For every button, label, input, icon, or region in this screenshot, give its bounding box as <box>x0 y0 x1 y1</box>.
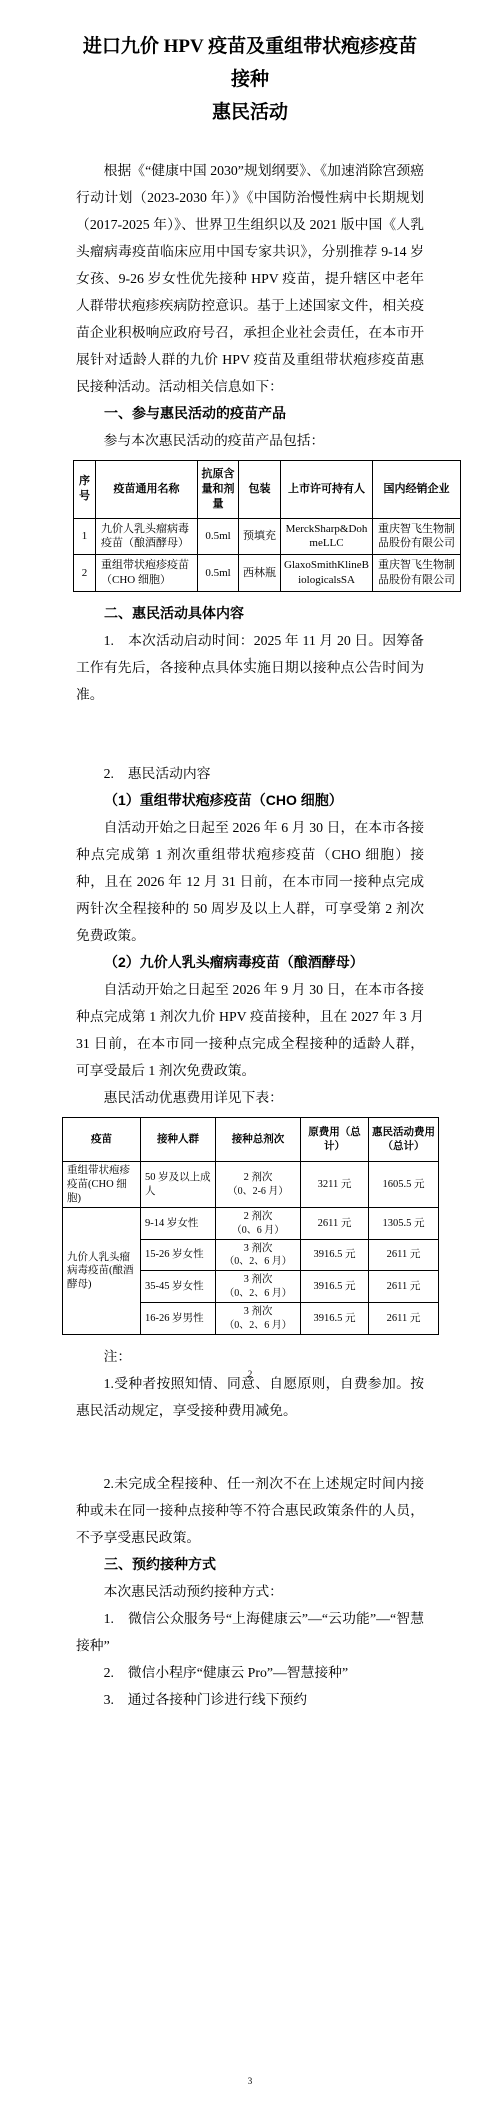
cell-vaccine-name: 重组带状疱疹疫苗（CHO 细胞） <box>96 555 198 592</box>
cell-original-fee: 3211 元 <box>301 1162 369 1208</box>
cell-no: 1 <box>74 518 96 555</box>
cell-vaccine-name: 九价人乳头瘤病毒疫苗（酿酒酵母） <box>96 518 198 555</box>
cell-benefit-fee: 2611 元 <box>369 1239 439 1271</box>
cell-original-fee: 3916.5 元 <box>301 1303 369 1335</box>
doses-count: 3 剂次 <box>218 1305 298 1319</box>
table-row: 重组带状疱疹疫苗(CHO 细胞) 50 岁及以上成人 2 剂次 （0、2-6 月… <box>63 1162 439 1208</box>
note-item-2: 2.未完成全程接种、任一剂次不在上述规定时间内接种或未在同一接种点接种等不符合惠… <box>76 1470 424 1551</box>
doses-count: 3 剂次 <box>218 1242 298 1256</box>
cell-no: 2 <box>74 555 96 592</box>
document-page-2: 2. 惠民活动内容 （1）重组带状疱疹疫苗（CHO 细胞） 自活动开始之日起至 … <box>0 710 500 1422</box>
cell-benefit-fee: 1605.5 元 <box>369 1162 439 1208</box>
doses-count: 2 剂次 <box>218 1210 298 1224</box>
cell-original-fee: 3916.5 元 <box>301 1271 369 1303</box>
cell-distributor: 重庆智飞生物制品股份有限公司 <box>373 518 461 555</box>
table-row: 1 九价人乳头瘤病毒疫苗（酿酒酵母） 0.5ml 预填充 MerckSharp&… <box>74 518 461 555</box>
col-header-name: 疫苗通用名称 <box>96 461 198 519</box>
section-3-item-3: 3. 通过各接种门诊进行线下预约 <box>76 1686 424 1713</box>
vaccine-products-table: 序号 疫苗通用名称 抗原含量和剂量 包装 上市许可持有人 国内经销企业 1 九价… <box>73 460 461 592</box>
cell-doses: 2 剂次 （0、6 月） <box>216 1208 301 1240</box>
cell-group: 15-26 岁女性 <box>141 1239 216 1271</box>
doses-schedule: （0、2、6 月） <box>218 1255 298 1268</box>
section-3-lead: 本次惠民活动预约接种方式： <box>76 1578 424 1605</box>
doses-schedule: （0、6 月） <box>218 1224 298 1237</box>
cell-vaccine: 重组带状疱疹疫苗(CHO 细胞) <box>63 1162 141 1208</box>
fee-table-header-row: 疫苗 接种人群 接种总剂次 原费用（总计） 惠民活动费用（总计） <box>63 1118 439 1162</box>
doses-schedule: （0、2、6 月） <box>218 1287 298 1300</box>
page-title: 进口九价 HPV 疫苗及重组带状疱疹疫苗接种 惠民活动 <box>76 30 424 129</box>
doses-schedule: （0、2-6 月） <box>218 1185 298 1198</box>
page-number-2: 2 <box>0 1368 500 1380</box>
col-header-distributor: 国内经销企业 <box>373 461 461 519</box>
title-line-2: 惠民活动 <box>76 96 424 129</box>
cell-benefit-fee: 2611 元 <box>369 1271 439 1303</box>
section-2-item-2-heading: 2. 惠民活动内容 <box>76 760 424 787</box>
page-number-3: 3 <box>0 2075 500 2087</box>
sub-item-2-heading: （2）九价人乳头瘤病毒疫苗（酿酒酵母） <box>76 949 424 976</box>
cell-distributor: 重庆智飞生物制品股份有限公司 <box>373 555 461 592</box>
notes-label: 注： <box>76 1343 424 1370</box>
cell-pack: 预填充 <box>239 518 281 555</box>
cell-doses: 2 剂次 （0、2-6 月） <box>216 1162 301 1208</box>
cell-dose: 0.5ml <box>198 555 239 592</box>
col-header-pack: 包装 <box>239 461 281 519</box>
sub-item-1-text: 自活动开始之日起至 2026 年 6 月 30 日，在本市各接种点完成第 1 剂… <box>76 814 424 949</box>
sub-item-2-text: 自活动开始之日起至 2026 年 9 月 30 日，在本市各接种点完成第 1 剂… <box>76 976 424 1084</box>
document-page-1: 进口九价 HPV 疫苗及重组带状疱疹疫苗接种 惠民活动 根据《“健康中国 203… <box>0 0 500 710</box>
fee-table: 疫苗 接种人群 接种总剂次 原费用（总计） 惠民活动费用（总计） 重组带状疱疹疫… <box>62 1117 439 1335</box>
fee-table-lead: 惠民活动优惠费用详见下表： <box>76 1084 424 1111</box>
cell-group: 16-26 岁男性 <box>141 1303 216 1335</box>
col-header-total-doses: 接种总剂次 <box>216 1118 301 1162</box>
cell-group: 35-45 岁女性 <box>141 1271 216 1303</box>
doses-count: 2 剂次 <box>218 1171 298 1185</box>
cell-benefit-fee: 2611 元 <box>369 1303 439 1335</box>
col-header-vaccine: 疫苗 <box>63 1118 141 1162</box>
cell-dose: 0.5ml <box>198 518 239 555</box>
cell-group: 50 岁及以上成人 <box>141 1162 216 1208</box>
cell-vaccine: 九价人乳头瘤病毒疫苗(酿酒酵母) <box>63 1208 141 1335</box>
cell-original-fee: 2611 元 <box>301 1208 369 1240</box>
cell-original-fee: 3916.5 元 <box>301 1239 369 1271</box>
col-header-dose: 抗原含量和剂量 <box>198 461 239 519</box>
cell-holder: GlaxoSmithKlineBiologicalsSA <box>281 555 373 592</box>
cell-holder: MerckSharp&DohmeLLC <box>281 518 373 555</box>
doses-count: 3 剂次 <box>218 1273 298 1287</box>
cell-doses: 3 剂次 （0、2、6 月） <box>216 1239 301 1271</box>
sub-item-1-heading: （1）重组带状疱疹疫苗（CHO 细胞） <box>76 787 424 814</box>
cell-benefit-fee: 1305.5 元 <box>369 1208 439 1240</box>
section-3-heading: 三、预约接种方式 <box>76 1551 424 1578</box>
page-number-1: 1 <box>0 655 500 667</box>
col-header-holder: 上市许可持有人 <box>281 461 373 519</box>
table-header-row: 序号 疫苗通用名称 抗原含量和剂量 包装 上市许可持有人 国内经销企业 <box>74 461 461 519</box>
document: 进口九价 HPV 疫苗及重组带状疱疹疫苗接种 惠民活动 根据《“健康中国 203… <box>0 0 500 2122</box>
col-header-benefit-fee: 惠民活动费用（总计） <box>369 1118 439 1162</box>
section-2-item-1: 1. 本次活动启动时间：2025 年 11 月 20 日。因筹备工作有先后，各接… <box>76 627 424 708</box>
cell-doses: 3 剂次 （0、2、6 月） <box>216 1271 301 1303</box>
table-row: 2 重组带状疱疹疫苗（CHO 细胞） 0.5ml 西林瓶 GlaxoSmithK… <box>74 555 461 592</box>
title-line-1: 进口九价 HPV 疫苗及重组带状疱疹疫苗接种 <box>76 30 424 96</box>
cell-doses: 3 剂次 （0、2、6 月） <box>216 1303 301 1335</box>
col-header-group: 接种人群 <box>141 1118 216 1162</box>
section-3-item-1: 1. 微信公众服务号“上海健康云”—“云功能”—“智慧接种” <box>76 1605 424 1659</box>
cell-group: 9-14 岁女性 <box>141 1208 216 1240</box>
section-3-item-2: 2. 微信小程序“健康云 Pro”—智慧接种” <box>76 1659 424 1686</box>
doses-schedule: （0、2、6 月） <box>218 1319 298 1332</box>
col-header-original-fee: 原费用（总计） <box>301 1118 369 1162</box>
document-page-3: 2.未完成全程接种、任一剂次不在上述规定时间内接种或未在同一接种点接种等不符合惠… <box>0 1422 500 2122</box>
cell-pack: 西林瓶 <box>239 555 281 592</box>
table-row: 九价人乳头瘤病毒疫苗(酿酒酵母) 9-14 岁女性 2 剂次 （0、6 月） 2… <box>63 1208 439 1240</box>
section-1-lead: 参与本次惠民活动的疫苗产品包括： <box>76 427 424 454</box>
section-2-heading: 二、惠民活动具体内容 <box>76 600 424 627</box>
intro-paragraph: 根据《“健康中国 2030”规划纲要》、《加速消除宫颈癌行动计划（2023-20… <box>76 157 424 400</box>
col-header-no: 序号 <box>74 461 96 519</box>
section-1-heading: 一、参与惠民活动的疫苗产品 <box>76 400 424 427</box>
